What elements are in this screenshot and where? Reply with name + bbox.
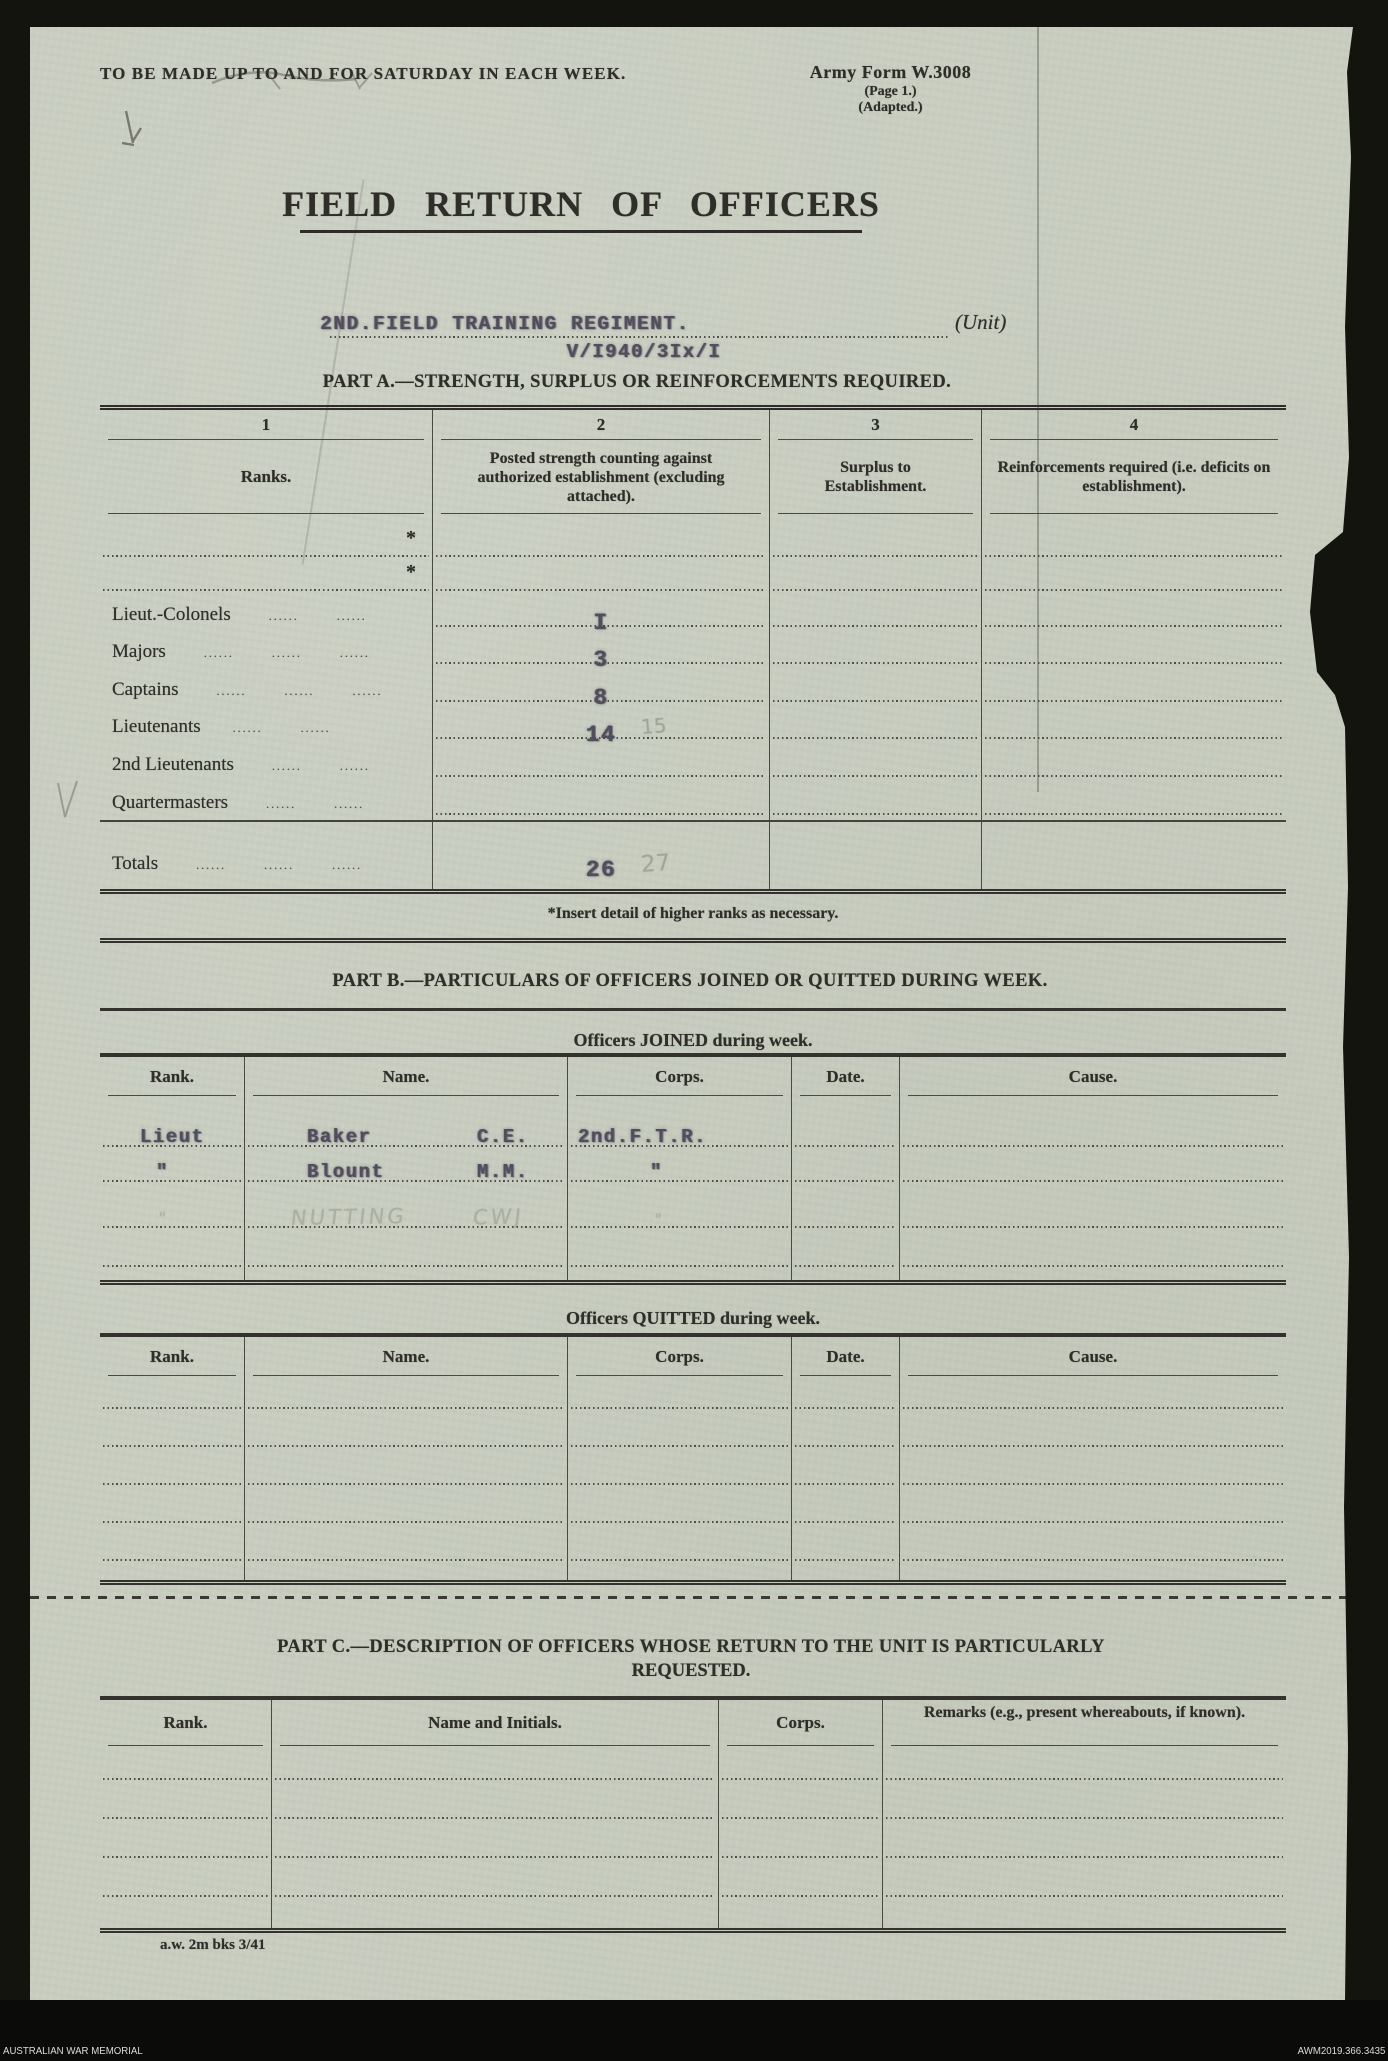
quitted-row-empty xyxy=(100,1528,1286,1566)
quitted-bottom-rule xyxy=(100,1580,1286,1585)
rank-cell xyxy=(100,1233,245,1272)
rank-cell: " xyxy=(100,1152,245,1187)
rank-row-quartermasters: Quartermasters xyxy=(100,782,1286,820)
unit-dotted-line xyxy=(330,336,948,338)
header-text: Ranks. xyxy=(241,467,292,487)
quitted-row-empty xyxy=(100,1414,1286,1452)
surplus-cell xyxy=(770,562,982,596)
column-header-remarks: Remarks (e.g., present whereabouts, if k… xyxy=(883,1700,1286,1746)
cause-cell xyxy=(900,1233,1286,1272)
rank-cell: Lieut xyxy=(100,1096,245,1152)
column-header-reinforcements: Reinforcements required (i.e. deficits o… xyxy=(982,440,1286,514)
title-underline xyxy=(300,230,862,233)
part-a-table: 1 2 3 4 Ranks. Posted strength counting … xyxy=(100,405,1286,894)
surplus-cell xyxy=(770,632,982,669)
totals-surplus-cell xyxy=(770,822,982,889)
rank-row-lieut-colonels: Lieut.-Colonels I xyxy=(100,596,1286,632)
part-c-row-empty xyxy=(100,1824,1286,1863)
pencil-mark-top-left xyxy=(116,107,146,153)
archive-organisation: AUSTRALIAN WAR MEMORIAL xyxy=(3,2045,143,2057)
posted-cell: 3 xyxy=(433,632,770,669)
header-text: Date. xyxy=(826,1067,864,1087)
corps-cell: 2nd.F.T.R. xyxy=(568,1096,792,1152)
printer-imprint: a.w. 2m bks 3/41 xyxy=(160,1937,265,1954)
column-header-cause: Cause. xyxy=(900,1057,1286,1096)
rank-row-captains: Captains 8 xyxy=(100,669,1286,707)
totals-row: Totals 2627 xyxy=(100,822,1286,889)
part-c-row-empty xyxy=(100,1785,1286,1824)
surplus-cell xyxy=(770,669,982,707)
part-a-bottom-rule xyxy=(100,889,1286,894)
rank-row-lieutenants: Lieutenants 1415 xyxy=(100,707,1286,744)
joined-bottom-strip xyxy=(100,1272,1286,1280)
column-header-posted-strength: Posted strength counting against authori… xyxy=(433,440,770,514)
column-header-corps: Corps. xyxy=(568,1057,792,1096)
header-text: Remarks (e.g., present whereabouts, if k… xyxy=(924,1703,1245,1722)
rank-cell: " xyxy=(100,1187,245,1233)
reinforcements-cell xyxy=(982,707,1286,744)
rank-cell: Lieutenants xyxy=(100,707,433,744)
joined-row-blount: " BlountM.M. " xyxy=(100,1152,1286,1187)
reinforcements-cell xyxy=(982,514,1286,562)
header-text: Surplus to Establishment. xyxy=(812,458,940,496)
header-text: Corps. xyxy=(655,1067,704,1087)
column-header-ranks: Ranks. xyxy=(100,440,433,514)
part-a-heading: PART A.—STRENGTH, SURPLUS OR REINFORCEME… xyxy=(44,372,1230,393)
totals-label: Totals xyxy=(112,853,158,875)
header-text: Name and Initials. xyxy=(428,1713,562,1733)
rank-cell: * xyxy=(100,562,433,596)
archive-caption-bar: AUSTRALIAN WAR MEMORIAL AWM2019.366.3435 xyxy=(0,2000,1388,2061)
header-text: Reinforcements required (i.e. deficits o… xyxy=(988,458,1280,496)
reinforcements-cell xyxy=(982,782,1286,820)
quitted-row-empty xyxy=(100,1452,1286,1490)
part-c-header-row: Rank. Name and Initials. Corps. Remarks … xyxy=(100,1700,1286,1746)
header-text: Date. xyxy=(826,1347,864,1367)
perforation-dashed-line xyxy=(30,1596,1353,1599)
surplus-cell xyxy=(770,514,982,562)
col-number: 2 xyxy=(433,410,770,440)
quitted-row-empty xyxy=(100,1490,1286,1528)
part-c-table: Rank. Name and Initials. Corps. Remarks … xyxy=(100,1696,1286,1933)
posted-cell xyxy=(433,782,770,820)
form-adapted-label: (Adapted.) xyxy=(783,100,998,116)
column-header-rank: Rank. xyxy=(100,1057,245,1096)
part-c-row-empty xyxy=(100,1746,1286,1785)
part-a-header-row: Ranks. Posted strength counting against … xyxy=(100,440,1286,514)
rank-label: Captains xyxy=(112,679,179,701)
reinforcements-cell xyxy=(982,596,1286,632)
officers-joined-table: Rank. Name. Corps. Date. Cause. Lieut Ba… xyxy=(100,1053,1286,1285)
reinforcements-cell xyxy=(982,669,1286,707)
column-header-date: Date. xyxy=(792,1057,900,1096)
header-text: Rank. xyxy=(150,1347,194,1367)
column-header-surplus: Surplus to Establishment. xyxy=(770,440,982,514)
officers-quitted-table: Rank. Name. Corps. Date. Cause. xyxy=(100,1333,1286,1585)
section-divider-rule xyxy=(100,938,1286,943)
archive-accession-number: AWM2019.366.3435 xyxy=(1297,2045,1385,2057)
header-text: Cause. xyxy=(1069,1067,1118,1087)
header-text: Name. xyxy=(383,1067,430,1087)
rank-row-2nd-lieutenants: 2nd Lieutenants xyxy=(100,744,1286,782)
column-header-corps: Corps. xyxy=(568,1337,792,1376)
form-identifier-block: Army Form W.3008 (Page 1.) (Adapted.) xyxy=(783,62,998,116)
rank-cell: Quartermasters xyxy=(100,782,433,820)
column-header-date: Date. xyxy=(792,1337,900,1376)
col-number: 1 xyxy=(100,410,433,440)
surplus-cell xyxy=(770,782,982,820)
totals-posted-cell: 2627 xyxy=(433,822,770,889)
unit-reference-typed: V/I940/3Ix/I xyxy=(444,341,844,363)
name-cell: NuttingCWJ xyxy=(245,1187,568,1233)
column-header-rank: Rank. xyxy=(100,1337,245,1376)
posted-cell: 1415 xyxy=(433,707,770,744)
page-title: FIELD RETURN OF OFFICERS xyxy=(30,183,1132,225)
quitted-header-row: Rank. Name. Corps. Date. Cause. xyxy=(100,1337,1286,1376)
posted-value-pencil: 15 xyxy=(641,713,668,739)
header-text: Posted strength counting against authori… xyxy=(451,449,751,506)
cause-cell xyxy=(900,1187,1286,1233)
form-page-label: (Page 1.) xyxy=(783,84,998,100)
column-header-name: Name. xyxy=(245,1057,568,1096)
scanned-document-view: TO BE MADE UP TO AND FOR SATURDAY IN EAC… xyxy=(0,0,1388,2061)
date-cell xyxy=(792,1152,900,1187)
col-number: 4 xyxy=(982,410,1286,440)
form-page: TO BE MADE UP TO AND FOR SATURDAY IN EAC… xyxy=(30,27,1353,2000)
corps-cell: " xyxy=(568,1152,792,1187)
quitted-row-empty xyxy=(100,1376,1286,1414)
weekly-instruction: TO BE MADE UP TO AND FOR SATURDAY IN EAC… xyxy=(100,64,626,84)
unit-field-label: (Unit) xyxy=(955,310,1006,335)
rank-cell: * xyxy=(100,514,433,562)
pencil-mark-margin xyxy=(50,775,84,825)
part-c-bottom-strip xyxy=(100,1902,1286,1928)
rank-row-majors: Majors 3 xyxy=(100,632,1286,669)
joined-header-row: Rank. Name. Corps. Date. Cause. xyxy=(100,1057,1286,1096)
col-number-text: 3 xyxy=(871,415,880,435)
posted-cell: I xyxy=(433,596,770,632)
surplus-cell xyxy=(770,744,982,782)
surplus-cell xyxy=(770,596,982,632)
posted-cell xyxy=(433,514,770,562)
quitted-bottom-strip xyxy=(100,1566,1286,1580)
column-header-cause: Cause. xyxy=(900,1337,1286,1376)
officers-quitted-title: Officers QUITTED during week. xyxy=(100,1308,1286,1329)
reinforcements-cell xyxy=(982,744,1286,782)
part-b-heading: PART B.—PARTICULARS OF OFFICERS JOINED O… xyxy=(97,971,1283,992)
part-c-heading-line2: REQUESTED. xyxy=(30,1659,1352,1683)
higher-rank-star: * xyxy=(406,527,416,550)
col-number-text: 1 xyxy=(262,415,271,435)
col-number-text: 4 xyxy=(1130,415,1139,435)
totals-value-typed: 26 xyxy=(433,857,769,883)
rank-label: 2nd Lieutenants xyxy=(112,754,234,776)
corps-cell: " xyxy=(568,1187,792,1233)
header-text: Rank. xyxy=(164,1713,208,1733)
unit-name-typed: 2ND.FIELD TRAINING REGIMENT. xyxy=(305,313,705,335)
column-header-name-initials: Name and Initials. xyxy=(272,1700,719,1746)
header-text: Corps. xyxy=(655,1347,704,1367)
rank-row-star1: * xyxy=(100,514,1286,562)
header-text: Cause. xyxy=(1069,1347,1118,1367)
part-a-footnote: *Insert detail of higher ranks as necess… xyxy=(100,905,1286,923)
header-text: Name. xyxy=(383,1347,430,1367)
rank-cell: Captains xyxy=(100,669,433,707)
date-cell xyxy=(792,1096,900,1152)
totals-reinforcements-cell xyxy=(982,822,1286,889)
rank-label: Majors xyxy=(112,641,166,663)
form-number: Army Form W.3008 xyxy=(783,62,998,83)
corps-cell xyxy=(568,1233,792,1272)
cause-cell xyxy=(900,1152,1286,1187)
joined-row-nutting-pencil: " NuttingCWJ " xyxy=(100,1187,1286,1233)
posted-cell xyxy=(433,744,770,782)
date-cell xyxy=(792,1187,900,1233)
rank-cell: Majors xyxy=(100,632,433,669)
column-header-rank: Rank. xyxy=(100,1700,272,1746)
rank-cell: Lieut.-Colonels xyxy=(100,596,433,632)
posted-cell xyxy=(433,562,770,596)
col-number: 3 xyxy=(770,410,982,440)
posted-cell: 8 xyxy=(433,669,770,707)
column-header-corps: Corps. xyxy=(719,1700,883,1746)
reinforcements-cell xyxy=(982,632,1286,669)
header-text: Corps. xyxy=(776,1713,825,1733)
part-c-row-empty xyxy=(100,1863,1286,1902)
surplus-cell xyxy=(770,707,982,744)
part-a-number-row: 1 2 3 4 xyxy=(100,410,1286,440)
col-number-text: 2 xyxy=(597,415,606,435)
joined-row-empty xyxy=(100,1233,1286,1272)
totals-label-cell: Totals xyxy=(100,822,433,889)
part-c-heading: PART C.—DESCRIPTION OF OFFICERS WHOSE RE… xyxy=(30,1635,1352,1683)
part-c-bottom-rule xyxy=(100,1928,1286,1933)
rank-cell: 2nd Lieutenants xyxy=(100,744,433,782)
name-cell: BakerC.E. xyxy=(245,1096,568,1152)
rank-label: Lieutenants xyxy=(112,716,201,738)
part-b-heading-rule xyxy=(100,1008,1286,1011)
officers-joined-title: Officers JOINED during week. xyxy=(100,1030,1286,1051)
name-cell xyxy=(245,1233,568,1272)
column-header-name: Name. xyxy=(245,1337,568,1376)
reinforcements-cell xyxy=(982,562,1286,596)
date-cell xyxy=(792,1233,900,1272)
totals-value-pencil: 27 xyxy=(640,850,671,878)
joined-bottom-rule xyxy=(100,1280,1286,1285)
part-c-heading-line1: PART C.—DESCRIPTION OF OFFICERS WHOSE RE… xyxy=(30,1635,1352,1659)
cause-cell xyxy=(900,1096,1286,1152)
name-cell: BlountM.M. xyxy=(245,1152,568,1187)
rank-row-star2: * xyxy=(100,562,1286,596)
joined-row-baker: Lieut BakerC.E. 2nd.F.T.R. xyxy=(100,1096,1286,1152)
header-text: Rank. xyxy=(150,1067,194,1087)
rank-label: Lieut.-Colonels xyxy=(112,604,231,626)
higher-rank-star: * xyxy=(406,561,416,584)
rank-label: Quartermasters xyxy=(112,792,228,814)
